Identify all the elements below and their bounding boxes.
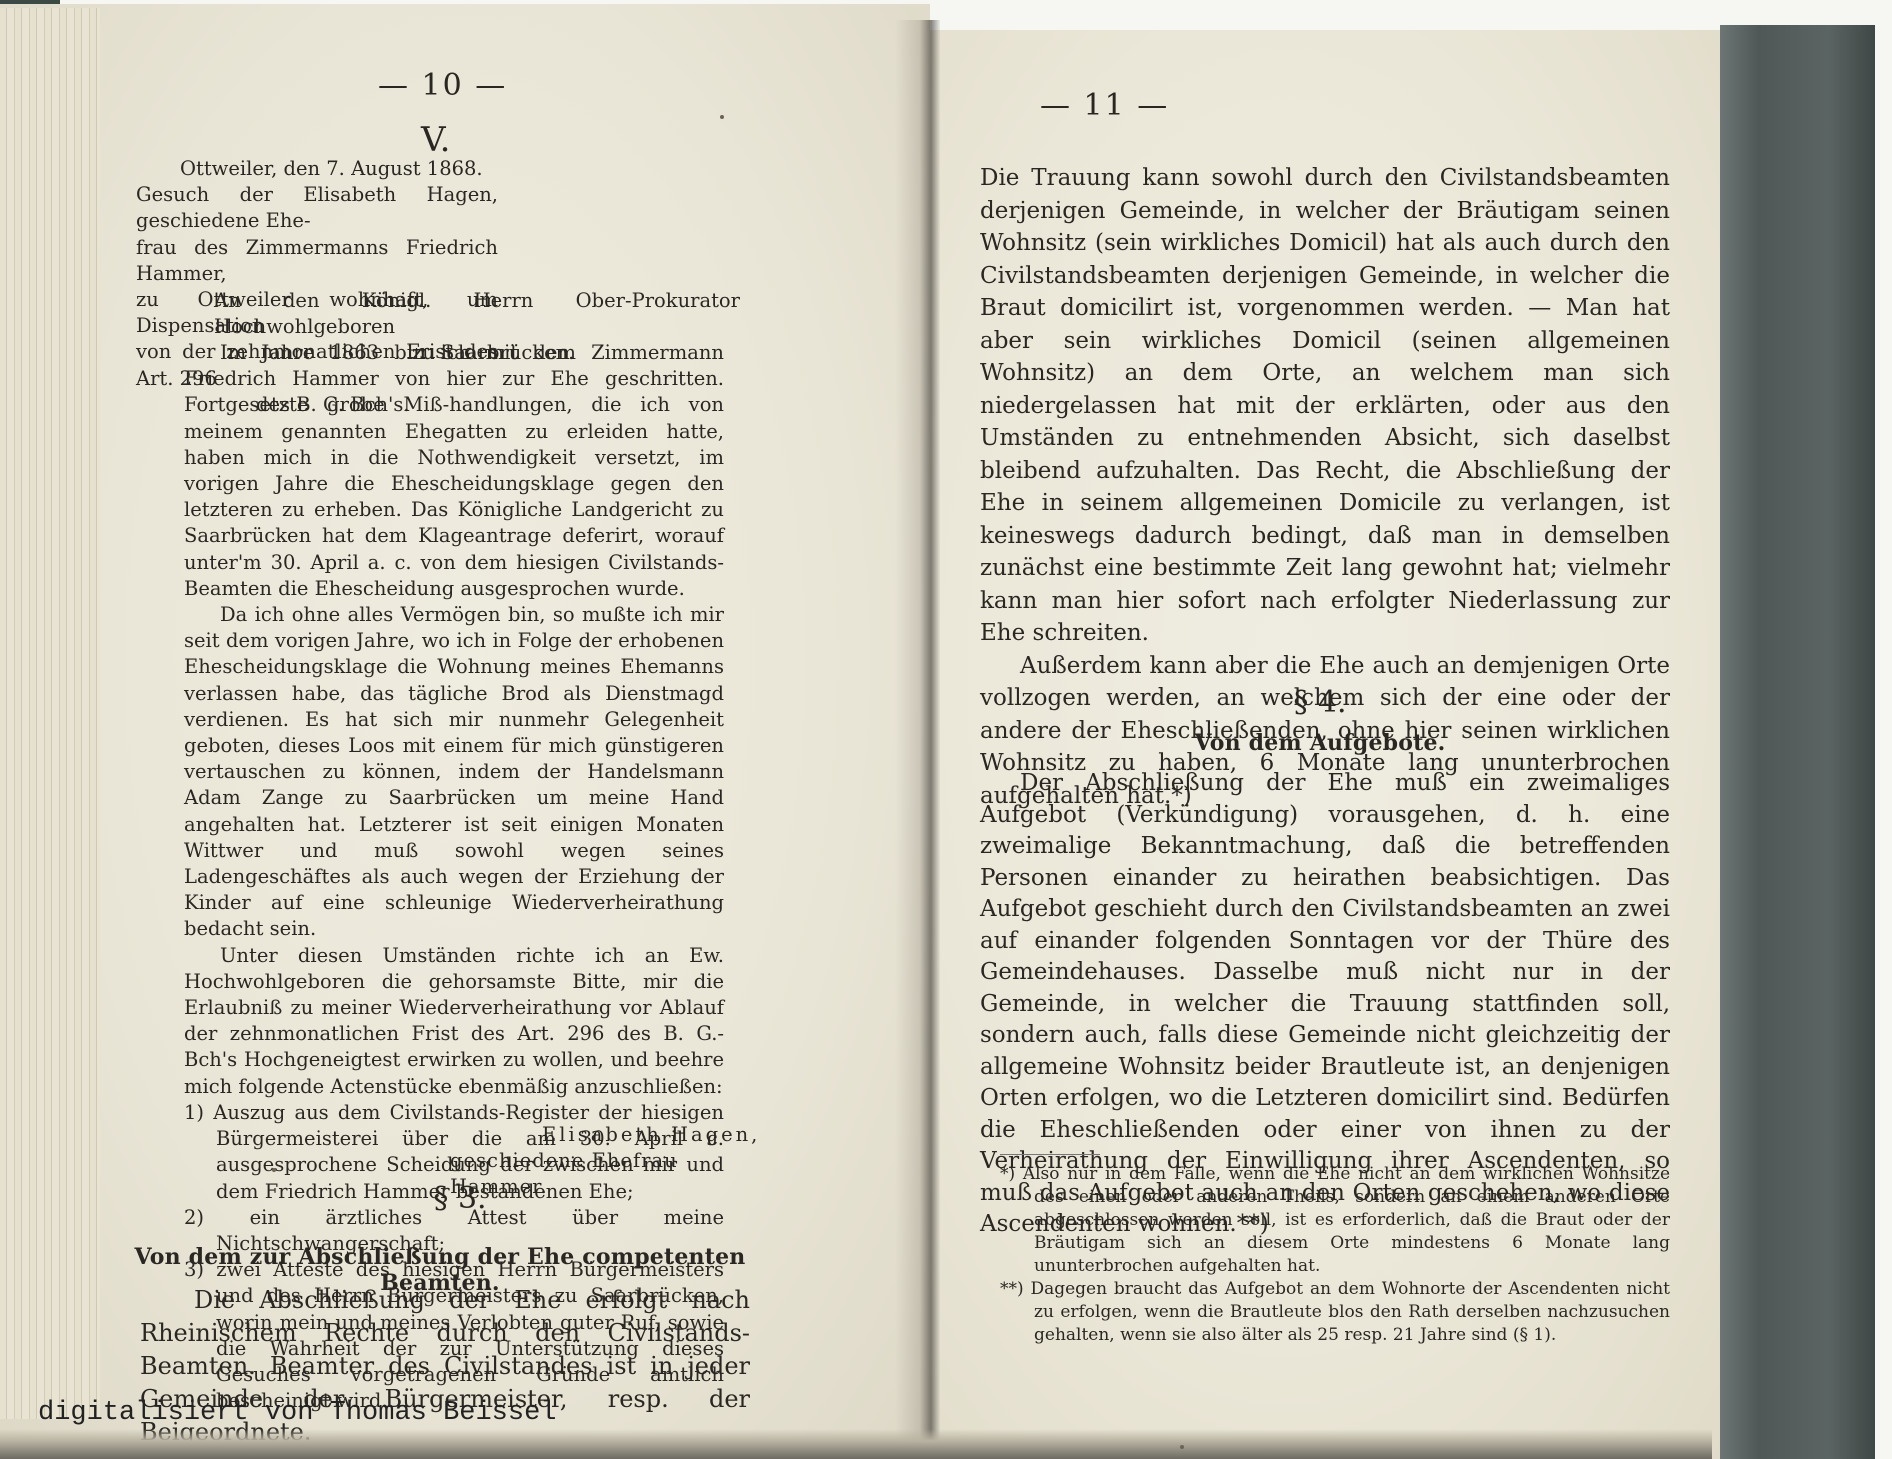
subject-line: frau des Zimmermanns Friedrich Hammer,	[136, 235, 498, 287]
page-stack-edge	[0, 8, 100, 1419]
section-roman-numeral: V.	[421, 120, 450, 160]
page-bottom-edge	[0, 1429, 1712, 1459]
book-spine-gutter	[895, 20, 940, 1459]
signature-name: Elisabeth Hagen,	[450, 1122, 770, 1148]
page-number: — 10 —	[378, 68, 507, 103]
addressee-line: An den Königl. Herrn Ober-Prokurator Hoc…	[180, 288, 740, 340]
place-date: Ottweiler, den 7. August 1868.	[136, 156, 498, 182]
footnote: *) Also nur in dem Falle, wenn die Ehe n…	[1000, 1163, 1670, 1278]
paper-speck	[720, 115, 724, 119]
book-cover-edge	[1720, 25, 1875, 1459]
digitization-watermark: digitalisiert von Thomas Beissel	[38, 1398, 556, 1428]
section-title: Von dem Aufgebote.	[1080, 730, 1560, 756]
paper-speck	[272, 1168, 276, 1172]
paragraph: Im Jahre 1863 bin ich mit dem Zimmermann…	[184, 340, 724, 602]
footnote-rule	[1000, 1154, 1100, 1155]
paragraph: Da ich ohne alles Vermögen bin, so mußte…	[184, 602, 724, 943]
subject-line: Gesuch der Elisabeth Hagen, geschiedene …	[136, 182, 498, 234]
footnotes: *) Also nur in dem Falle, wenn die Ehe n…	[1000, 1140, 1670, 1347]
left-page: — 10 — V. Ottweiler, den 7. August 1868.…	[0, 4, 930, 1459]
page-number: — 11 —	[1040, 88, 1169, 123]
section-number: § 4.	[1260, 690, 1380, 716]
right-page: — 11 — Die Trauung kann sowohl durch den…	[930, 30, 1720, 1459]
paper-speck	[1180, 1445, 1184, 1449]
footnote: **) Dagegen braucht das Aufgebot an dem …	[1000, 1278, 1670, 1347]
paragraph: Unter diesen Umständen richte ich an Ew.…	[184, 943, 724, 1100]
book-spread: — 10 — V. Ottweiler, den 7. August 1868.…	[0, 0, 1892, 1459]
section-number: § 3.	[400, 1186, 520, 1212]
paragraph: Die Trauung kann sowohl durch den Civils…	[980, 162, 1670, 650]
